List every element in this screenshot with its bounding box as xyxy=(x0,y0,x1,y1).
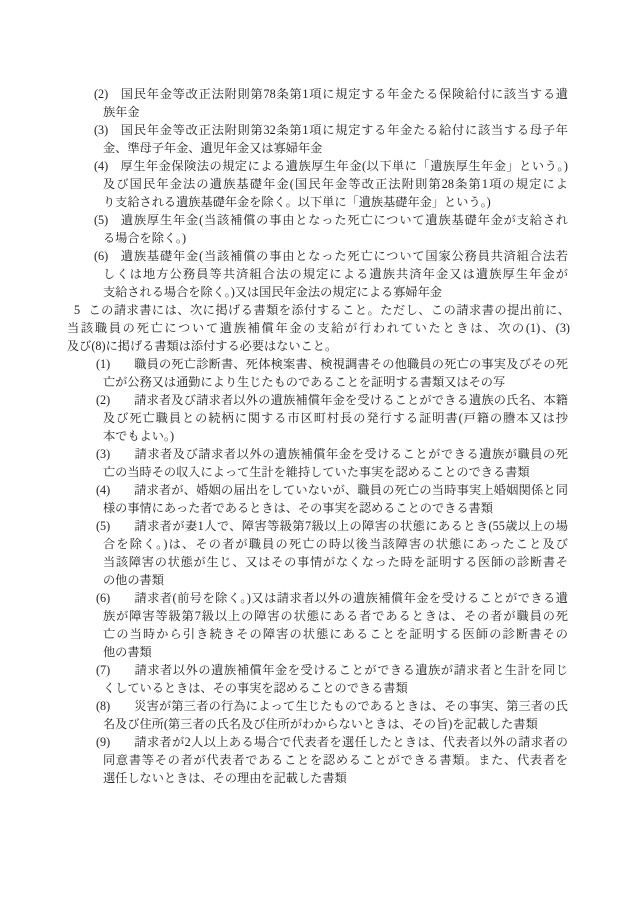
item-marker: (7) xyxy=(96,661,134,679)
text-line: 支給される場合を除く。)又は国民年金法の規定による寡婦年金 xyxy=(94,283,568,301)
text-line: (3)請求者及び請求者以外の遺族補償年金を受けることができる遺族が職員の死 xyxy=(96,445,568,463)
item-marker: (4) xyxy=(96,481,134,499)
text-line: 及び(8)に掲げる書類は添付する必要はないこと。 xyxy=(67,337,570,355)
text-line: (3)国民年金等改正法附則第32条第1項に規定する年金たる給付に該当する母子年 xyxy=(94,121,568,139)
text-line: (1)職員の死亡診断書、死体検案書、検視調書その他職員の死亡の事実及びその死 xyxy=(96,355,568,373)
text-line: (7)請求者以外の遺族補償年金を受けることができる遺族が請求者と生計を同じ xyxy=(96,661,568,679)
item-marker: (8) xyxy=(96,697,134,715)
line-text: 請求者以外の遺族補償年金を受けることができる遺族が請求者と生計を同じ xyxy=(134,663,568,677)
item-marker: (5) xyxy=(94,211,120,229)
line-text: 請求者が2人以上ある場合で代表者を選任したときは、代表者以外の請求者の xyxy=(134,735,568,749)
text-line: (6)遺族基礎年金(当該補償の事由となった死亡について国家公務員共済組合法若 xyxy=(94,247,568,265)
line-text: 遺族厚生年金(当該補償の事由となった死亡について遺族基礎年金が支給され xyxy=(120,213,568,227)
line-text: 国民年金等改正法附則第32条第1項に規定する年金たる給付に該当する母子年 xyxy=(120,123,568,137)
document-page: (2)国民年金等改正法附則第78条第1項に規定する年金たる保険給付に該当する遺 … xyxy=(0,0,630,915)
text-line: の他の書類 xyxy=(96,571,568,589)
line-text: 厚生年金保険法の規定による遺族厚生年金(以下単に「遺族厚生年金」という。) xyxy=(120,159,568,173)
document-body: (2)国民年金等改正法附則第78条第1項に規定する年金たる保険給付に該当する遺 … xyxy=(0,85,630,787)
item-marker: (5) xyxy=(96,517,134,535)
text-line: 亡の当時その収入によって生計を維持していた事実を認めることのできる書類 xyxy=(96,463,568,481)
line-text: 請求者(前号を除く。)又は請求者以外の遺族補償年金を受けることができる遺 xyxy=(134,591,568,605)
line-text: 職員の死亡診断書、死体検案書、検視調書その他職員の死亡の事実及びその死 xyxy=(134,357,568,371)
list-item-lower-1: (1)職員の死亡診断書、死体検案書、検視調書その他職員の死亡の事実及びその死 亡… xyxy=(96,355,568,391)
text-line: (8)災害が第三者の行為によって生じたものであるときは、その事実、第三者の氏 xyxy=(96,697,568,715)
text-line: 当該職員の死亡について遺族補償年金の支給が行われていたときは、次の(1)、(3) xyxy=(67,319,570,337)
text-line: (6)請求者(前号を除く。)又は請求者以外の遺族補償年金を受けることができる遺 xyxy=(96,589,568,607)
list-item-lower-9: (9)請求者が2人以上ある場合で代表者を選任したときは、代表者以外の請求者の 同… xyxy=(96,733,568,787)
list-item-lower-8: (8)災害が第三者の行為によって生じたものであるときは、その事実、第三者の氏 名… xyxy=(96,697,568,733)
text-line: 亡が公務又は通勤により生じたものであることを証明する書類又はその写 xyxy=(96,373,568,391)
text-line: 族が障害等級第7級以上の障害の状態にある者であるときは、その者が職員の死 xyxy=(96,607,568,625)
line-text: 請求者が、婚姻の届出をしていないが、職員の死亡の当時事実上婚姻関係と同 xyxy=(134,483,568,497)
text-line: 及び死亡職員との続柄に関する市区町村長の発行する証明書(戸籍の謄本又は抄 xyxy=(96,409,568,427)
text-line: (2)請求者及び請求者以外の遺族補償年金を受けることができる遺族の氏名、本籍 xyxy=(96,391,568,409)
text-line: (4)請求者が、婚姻の届出をしていないが、職員の死亡の当時事実上婚姻関係と同 xyxy=(96,481,568,499)
text-line: 本でもよい。) xyxy=(96,427,568,445)
text-line: (2)国民年金等改正法附則第78条第1項に規定する年金たる保険給付に該当する遺 xyxy=(94,85,568,103)
text-line: り支給される遺族基礎年金を除く。以下単に「遺族基礎年金」という。) xyxy=(94,193,568,211)
text-line: (5)遺族厚生年金(当該補償の事由となった死亡について遺族基礎年金が支給され xyxy=(94,211,568,229)
list-item-upper-4: (4)厚生年金保険法の規定による遺族厚生年金(以下単に「遺族厚生年金」という。)… xyxy=(94,157,568,211)
item-marker: (2) xyxy=(94,85,120,103)
text-line: 名及び住所(第三者の氏名及び住所がわからないときは、その旨)を記載した書類 xyxy=(96,715,568,733)
text-line: 様の事情にあった者であるときは、その事実を認めることのできる書類 xyxy=(96,499,568,517)
line-text: 災害が第三者の行為によって生じたものであるときは、その事実、第三者の氏 xyxy=(134,699,568,713)
text-line: (5)請求者が妻1人で、障害等級第7級以上の障害の状態にあるとき(55歳以上の場 xyxy=(96,517,568,535)
text-line: 及び国民年金法の遺族基礎年金(国民年金等改正法附則第28条第1項の規定によ xyxy=(94,175,568,193)
list-item-upper-3: (3)国民年金等改正法附則第32条第1項に規定する年金たる給付に該当する母子年 … xyxy=(94,121,568,157)
text-line: (9)請求者が2人以上ある場合で代表者を選任したときは、代表者以外の請求者の xyxy=(96,733,568,751)
line-text: 遺族基礎年金(当該補償の事由となった死亡について国家公務員共済組合法若 xyxy=(120,249,568,263)
list-item-lower-7: (7)請求者以外の遺族補償年金を受けることができる遺族が請求者と生計を同じ くし… xyxy=(96,661,568,697)
text-line: くしているときは、その事実を認めることのできる書類 xyxy=(96,679,568,697)
item-marker: (1) xyxy=(96,355,134,373)
text-line: 同意書等その者が代表者であることを認めることができる書類。また、代表者を xyxy=(96,751,568,769)
text-line: 亡の当時から引き続きその障害の状態にあることを証明する医師の診断書その xyxy=(96,625,568,643)
text-line: る場合を除く。) xyxy=(94,229,568,247)
item-marker: (3) xyxy=(94,121,120,139)
item-marker: (6) xyxy=(94,247,120,265)
text-line: (4)厚生年金保険法の規定による遺族厚生年金(以下単に「遺族厚生年金」という。) xyxy=(94,157,568,175)
item-marker: (9) xyxy=(96,733,134,751)
list-item-lower-3: (3)請求者及び請求者以外の遺族補償年金を受けることができる遺族が職員の死 亡の… xyxy=(96,445,568,481)
list-item-upper-5: (5)遺族厚生年金(当該補償の事由となった死亡について遺族基礎年金が支給され る… xyxy=(94,211,568,247)
item-marker: (2) xyxy=(96,391,134,409)
text-line: 族年金 xyxy=(94,103,568,121)
item-marker: (6) xyxy=(96,589,134,607)
clause-number: 5 xyxy=(74,301,88,319)
list-item-lower-4: (4)請求者が、婚姻の届出をしていないが、職員の死亡の当時事実上婚姻関係と同 様… xyxy=(96,481,568,517)
line-text: この請求書には、次に掲げる書類を添付すること。ただし、この請求書の提出前に、 xyxy=(88,303,570,317)
item-marker: (4) xyxy=(94,157,120,175)
item-marker: (3) xyxy=(96,445,134,463)
text-line: 合を除く。)は、その者が職員の死亡の時以後当該障害の状態にあったこと及び xyxy=(96,535,568,553)
text-line: 5この請求書には、次に掲げる書類を添付すること。ただし、この請求書の提出前に、 xyxy=(67,301,570,319)
line-text: 請求者及び請求者以外の遺族補償年金を受けることができる遺族が職員の死 xyxy=(134,447,568,461)
line-text: 請求者及び請求者以外の遺族補償年金を受けることができる遺族の氏名、本籍 xyxy=(134,393,568,407)
text-line: しくは地方公務員等共済組合法の規定による遺族共済年金又は遺族厚生年金が xyxy=(94,265,568,283)
list-item-lower-6: (6)請求者(前号を除く。)又は請求者以外の遺族補償年金を受けることができる遺 … xyxy=(96,589,568,661)
list-item-upper-6: (6)遺族基礎年金(当該補償の事由となった死亡について国家公務員共済組合法若 し… xyxy=(94,247,568,301)
text-line: 他の書類 xyxy=(96,643,568,661)
list-item-lower-5: (5)請求者が妻1人で、障害等級第7級以上の障害の状態にあるとき(55歳以上の場… xyxy=(96,517,568,589)
list-item-upper-2: (2)国民年金等改正法附則第78条第1項に規定する年金たる保険給付に該当する遺 … xyxy=(94,85,568,121)
line-text: 請求者が妻1人で、障害等級第7級以上の障害の状態にあるとき(55歳以上の場 xyxy=(134,519,568,533)
text-line: 当該障害の状態が生じ、又はその事情がなくなった時を証明する医師の診断書そ xyxy=(96,553,568,571)
clause-5: 5この請求書には、次に掲げる書類を添付すること。ただし、この請求書の提出前に、 … xyxy=(67,301,570,355)
text-line: 選任しないときは、その理由を記載した書類 xyxy=(96,769,568,787)
list-item-lower-2: (2)請求者及び請求者以外の遺族補償年金を受けることができる遺族の氏名、本籍 及… xyxy=(96,391,568,445)
text-line: 金、準母子年金、遺児年金又は寡婦年金 xyxy=(94,139,568,157)
line-text: 国民年金等改正法附則第78条第1項に規定する年金たる保険給付に該当する遺 xyxy=(120,87,568,101)
